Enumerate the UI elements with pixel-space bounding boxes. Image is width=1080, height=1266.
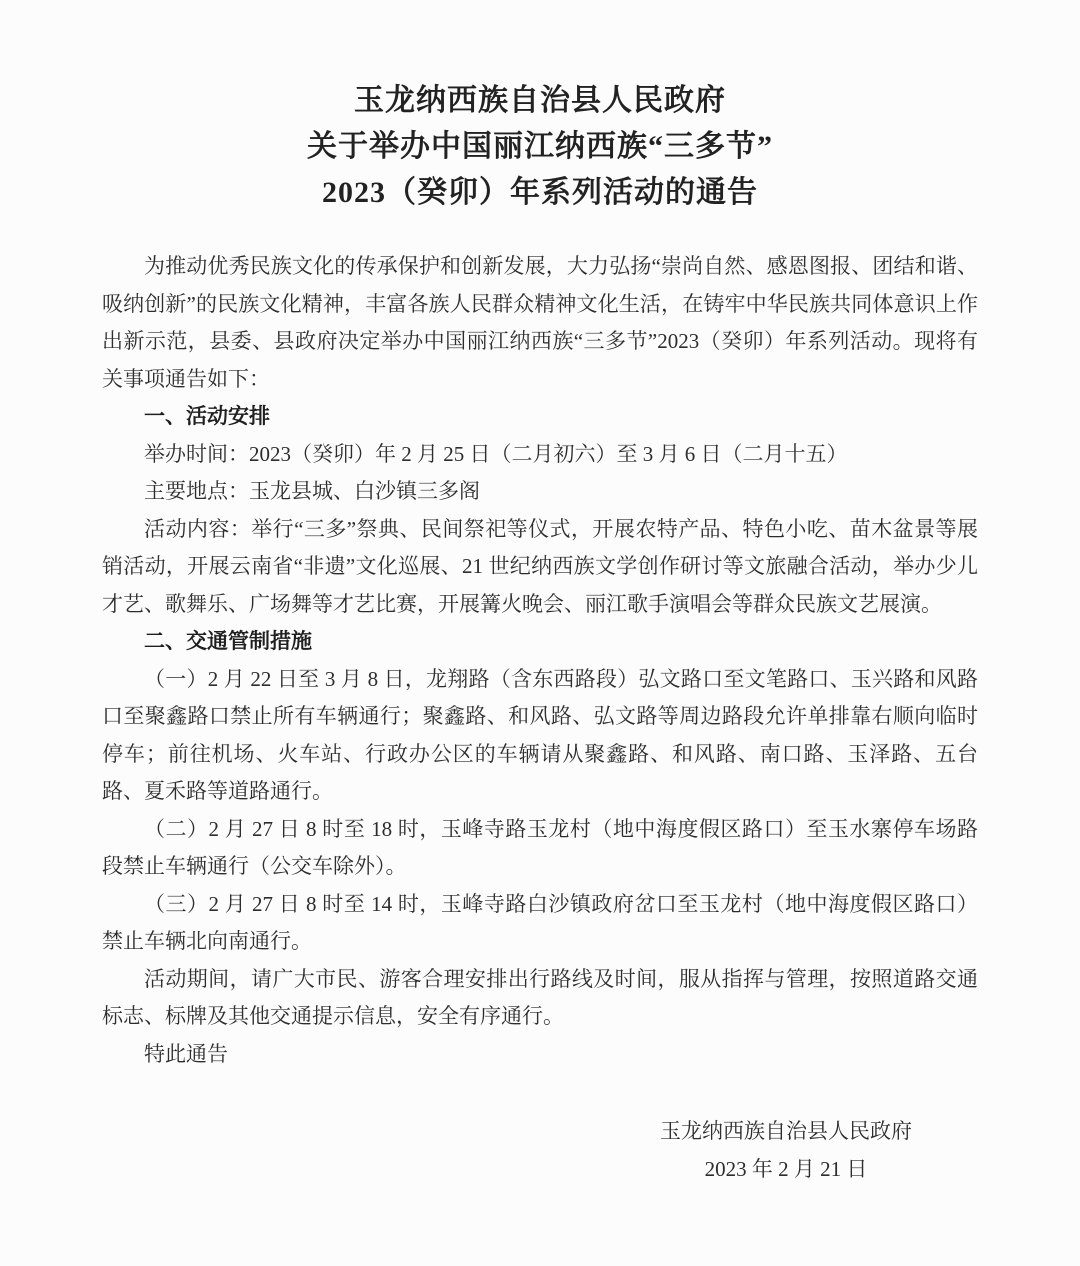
title-line-year: 2023（癸卯）年系列活动的通告 xyxy=(102,170,978,216)
signature-block: 玉龙纳西族自治县人民政府 2023 年 2 月 21 日 xyxy=(102,1113,978,1188)
signature-inner: 玉龙纳西族自治县人民政府 2023 年 2 月 21 日 xyxy=(660,1113,912,1188)
section-2-heading: 二、交通管制措施 xyxy=(102,623,978,661)
traffic-rule-2-paragraph: （二）2 月 27 日 8 时至 18 时，玉峰寺路玉龙村（地中海度假区路口）至… xyxy=(102,811,978,886)
document-title: 玉龙纳西族自治县人民政府 关于举办中国丽江纳西族“三多节” 2023（癸卯）年系… xyxy=(102,78,978,216)
intro-paragraph: 为推动优秀民族文化的传承保护和创新发展，大力弘扬“崇尚自然、感恩图报、团结和谐、… xyxy=(102,248,978,398)
issuer-name: 玉龙纳西族自治县人民政府 xyxy=(660,1113,912,1151)
event-time-paragraph: 举办时间：2023（癸卯）年 2 月 25 日（二月初六）至 3 月 6 日（二… xyxy=(102,436,978,474)
title-line-issuer: 玉龙纳西族自治县人民政府 xyxy=(102,78,978,124)
issue-date: 2023 年 2 月 21 日 xyxy=(660,1151,912,1189)
traffic-rule-3-paragraph: （三）2 月 27 日 8 时至 14 时，玉峰寺路白沙镇政府岔口至玉龙村（地中… xyxy=(102,886,978,961)
event-content-paragraph: 活动内容：举行“三多”祭典、民间祭祀等仪式，开展农特产品、特色小吃、苗木盆景等展… xyxy=(102,511,978,624)
title-line-subject: 关于举办中国丽江纳西族“三多节” xyxy=(102,124,978,170)
document-body: 为推动优秀民族文化的传承保护和创新发展，大力弘扬“崇尚自然、感恩图报、团结和谐、… xyxy=(102,248,978,1073)
section-1-heading: 一、活动安排 xyxy=(102,398,978,436)
final-note: 特此通告 xyxy=(102,1036,978,1074)
event-location-paragraph: 主要地点：玉龙县城、白沙镇三多阁 xyxy=(102,473,978,511)
notice-document: 玉龙纳西族自治县人民政府 关于举办中国丽江纳西族“三多节” 2023（癸卯）年系… xyxy=(0,0,1080,1266)
traffic-rule-1-paragraph: （一）2 月 22 日至 3 月 8 日，龙翔路（含东西路段）弘文路口至文笔路口… xyxy=(102,661,978,811)
closing-paragraph: 活动期间，请广大市民、游客合理安排出行路线及时间，服从指挥与管理，按照道路交通标… xyxy=(102,961,978,1036)
